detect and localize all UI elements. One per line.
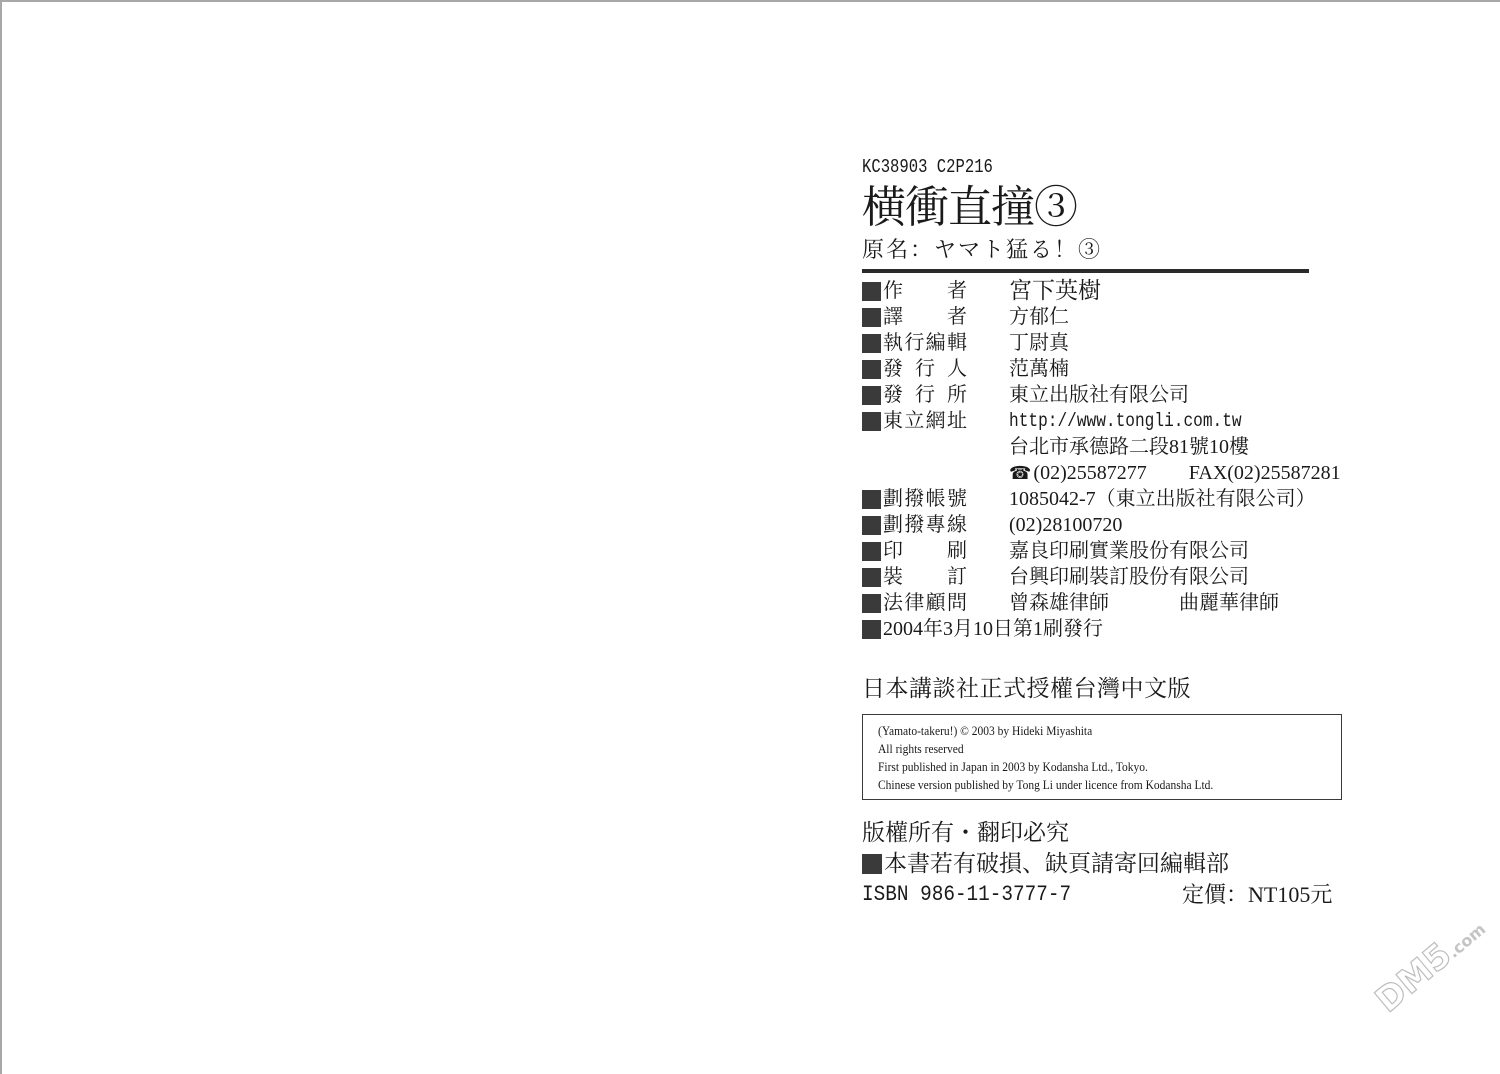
website-url[interactable]: http://www.tongli.com.tw — [1009, 408, 1242, 434]
credit-label: 東立網址 — [883, 408, 967, 434]
address: 台北市承德路二段81號10樓 — [1009, 434, 1249, 460]
credit-value: 台興印刷裝訂股份有限公司 — [1009, 564, 1249, 590]
square-bullet-icon — [862, 412, 881, 431]
square-bullet-icon — [862, 334, 881, 353]
legal-advisor-2: 曲麗華律師 — [1179, 590, 1279, 616]
credit-value: 宮下英樹 — [1009, 278, 1101, 304]
credit-label: 裝 訂 — [883, 564, 967, 590]
credit-label: 印 刷 — [883, 538, 967, 564]
credit-label: 譯 者 — [883, 304, 967, 330]
credit-row-binding: 裝 訂 台興印刷裝訂股份有限公司 — [862, 564, 1382, 590]
book-title: 横衝直撞③ — [862, 182, 1077, 234]
title-divider — [862, 269, 1309, 273]
square-bullet-icon — [862, 594, 881, 613]
credit-row-address: 台北市承德路二段81號10樓 — [862, 434, 1382, 460]
credit-row-printing: 印 刷 嘉良印刷實業股份有限公司 — [862, 538, 1382, 564]
square-bullet-icon — [862, 360, 881, 379]
credit-label: 發 行 所 — [883, 382, 967, 408]
credit-row-edition: 2004年3月10日第1刷發行 — [862, 616, 1382, 642]
credit-value: 丁尉真 — [1009, 330, 1069, 356]
damage-notice-row: 本書若有破損、缺頁請寄回編輯部 — [862, 849, 1229, 879]
phone-fax: ☎(02)25587277FAX(02)25587281 — [1009, 460, 1341, 487]
credit-row-postal-account: 劃撥帳號 1085042-7（東立出版社有限公司） — [862, 486, 1382, 512]
fax-number: FAX(02)25587281 — [1189, 462, 1341, 484]
original-title: 原名：ヤマト猛る！③ — [862, 236, 1102, 264]
authorization-notice: 日本講談社正式授權台灣中文版 — [862, 674, 1191, 704]
square-bullet-icon — [862, 620, 881, 639]
legal-advisor-1: 曾森雄律師 — [1009, 592, 1109, 614]
credit-row-translator: 譯 者 方郁仁 — [862, 304, 1382, 330]
credit-value: (02)28100720 — [1009, 512, 1122, 538]
square-bullet-icon — [862, 308, 881, 327]
credits-list: 作 者 宮下英樹 譯 者 方郁仁 執行編輯 丁尉真 發 行 人 范萬楠 發 行 … — [862, 278, 1382, 642]
credit-label: 法律顧問 — [883, 590, 967, 616]
credit-row-publisher: 發 行 人 范萬楠 — [862, 356, 1382, 382]
phone-number: (02)25587277 — [1033, 462, 1146, 484]
catalog-code: KC38903 C2P216 — [862, 156, 993, 178]
credit-row-editor: 執行編輯 丁尉真 — [862, 330, 1382, 356]
credit-label: 劃撥專線 — [883, 512, 967, 538]
credit-row-publishing-house: 發 行 所 東立出版社有限公司 — [862, 382, 1382, 408]
credit-label: 劃撥帳號 — [883, 486, 967, 512]
damage-notice: 本書若有破損、缺頁請寄回編輯部 — [884, 849, 1229, 879]
price: 定價：NT105元 — [1182, 880, 1332, 910]
license-box: (Yamato-takeru!) © 2003 by Hideki Miyash… — [862, 714, 1342, 800]
license-line: All rights reserved — [878, 740, 1304, 758]
credit-value: 東立出版社有限公司 — [1009, 382, 1189, 408]
isbn: ISBN 986-11-3777-7 — [862, 880, 1071, 910]
credit-value: 范萬楠 — [1009, 356, 1069, 382]
square-bullet-icon — [862, 542, 881, 561]
credit-row-author: 作 者 宮下英樹 — [862, 278, 1382, 304]
credit-label: 作 者 — [883, 278, 967, 304]
credit-value: 1085042-7（東立出版社有限公司） — [1009, 486, 1316, 512]
credit-label: 發 行 人 — [883, 356, 967, 382]
credit-value: 方郁仁 — [1009, 304, 1069, 330]
edition-date: 2004年3月10日第1刷發行 — [883, 616, 1103, 642]
credit-row-legal: 法律顧問 曾森雄律師曲麗華律師 — [862, 590, 1382, 616]
square-bullet-icon — [862, 568, 881, 587]
square-bullet-icon — [862, 490, 881, 509]
license-line: First published in Japan in 2003 by Koda… — [878, 758, 1304, 776]
telephone-icon: ☎ — [1009, 461, 1031, 487]
square-bullet-icon — [862, 282, 881, 301]
credit-value: 曾森雄律師曲麗華律師 — [1009, 590, 1109, 616]
license-line: Chinese version published by Tong Li und… — [878, 776, 1304, 794]
credit-row-postal-line: 劃撥專線 (02)28100720 — [862, 512, 1382, 538]
credit-row-phone: ☎(02)25587277FAX(02)25587281 — [862, 460, 1382, 486]
square-bullet-icon — [862, 386, 881, 405]
credit-value: 嘉良印刷實業股份有限公司 — [1009, 538, 1249, 564]
square-bullet-icon — [862, 854, 882, 874]
square-bullet-icon — [862, 516, 881, 535]
credit-row-website: 東立網址 http://www.tongli.com.tw — [862, 408, 1382, 434]
credit-label: 執行編輯 — [883, 330, 967, 356]
license-line: (Yamato-takeru!) © 2003 by Hideki Miyash… — [878, 722, 1304, 740]
rights-notice: 版權所有・翻印必究 — [862, 818, 1069, 848]
